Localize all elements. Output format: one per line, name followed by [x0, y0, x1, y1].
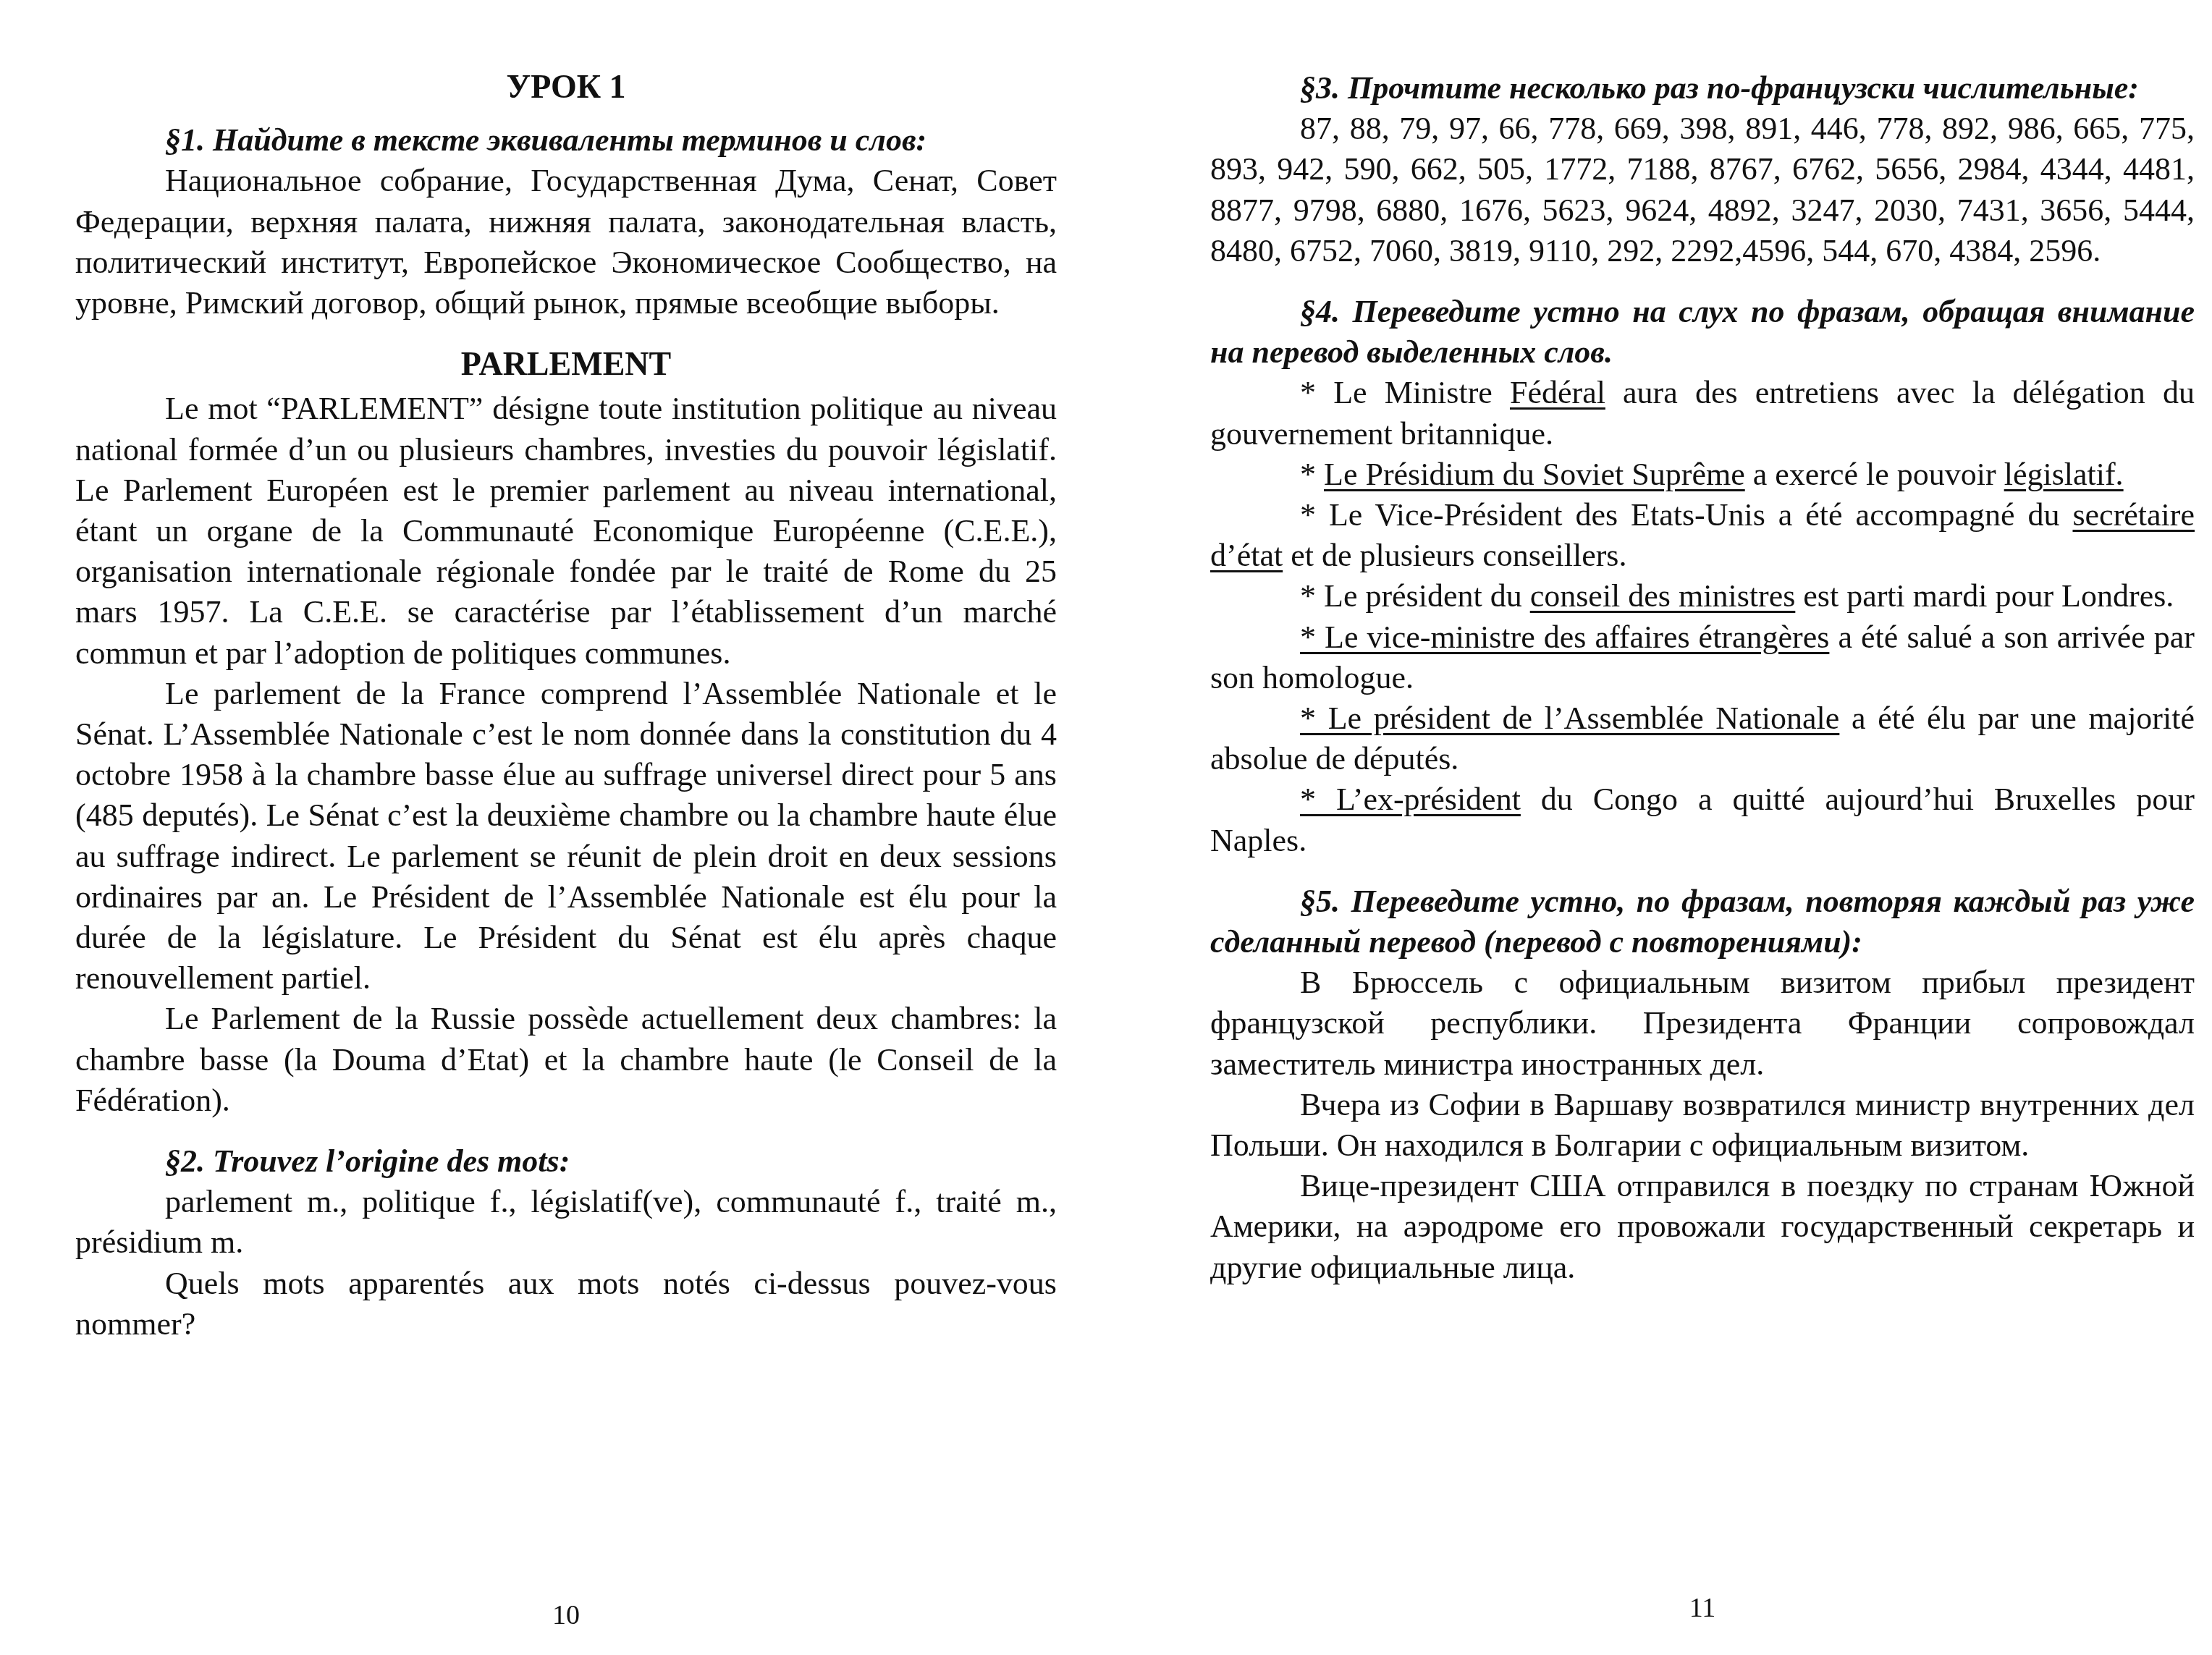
- sentence-6: * Le président de l’Assemblée Nationale …: [1210, 698, 2195, 779]
- section-2-heading: §2. Trouvez l’origine des mots:: [75, 1141, 1057, 1182]
- sentence-2: * Le Présidium du Soviet Suprême a exerc…: [1210, 454, 2195, 495]
- lesson-title: УРОК 1: [75, 67, 1057, 107]
- text-paragraph-3: Le Parlement de la Russie possède actuel…: [75, 999, 1057, 1121]
- sentence-text: * Le Vice-Président des Etats-Unis a été…: [1300, 497, 2072, 533]
- text-paragraph-1: Le mot “PARLEMENT” désigne toute institu…: [75, 389, 1057, 673]
- section-4-heading: §4. Переведите устно на слух по фразам, …: [1210, 292, 2195, 373]
- highlighted-term: * Le vice-ministre des affaires étrangèr…: [1300, 619, 1829, 655]
- page-number-right: 11: [1666, 1592, 1739, 1624]
- highlighted-term: * Le président de l’Assemblée Nationale: [1300, 700, 1839, 736]
- left-page-content: УРОК 1 §1. Найдите в тексте эквиваленты …: [75, 67, 1057, 1345]
- sentence-3: * Le Vice-Président des Etats-Unis a été…: [1210, 495, 2195, 576]
- sentence-5: * Le vice-ministre des affaires étrangèr…: [1210, 617, 2195, 698]
- sentence-text: a exercé le pouvoir: [1745, 457, 2004, 492]
- section-2-question: Quels mots apparentés aux mots notés ci-…: [75, 1264, 1057, 1345]
- section-5-paragraph-2: Вчера из Софии в Варшаву возвратился мин…: [1210, 1085, 2195, 1166]
- highlighted-term: * L’ex-président: [1300, 782, 1521, 817]
- section-5-paragraph-1: В Брюссель с официальным визитом прибыл …: [1210, 962, 2195, 1085]
- highlighted-term: Fédéral: [1510, 375, 1605, 410]
- sentence-text: *: [1300, 457, 1324, 492]
- sentence-text: est parti mardi pour Londres.: [1795, 578, 2174, 614]
- sentence-text: * Le président du: [1300, 578, 1530, 614]
- text-title: PARLEMENT: [75, 344, 1057, 384]
- right-page-content: §3. Прочтите несколько раз по-французски…: [1210, 68, 2195, 1288]
- page-number-left: 10: [530, 1599, 602, 1631]
- sentence-7: * L’ex-président du Congo a quitté aujou…: [1210, 779, 2195, 860]
- sentence-text: et de plusieurs conseillers.: [1283, 538, 1626, 573]
- section-3-heading: §3. Прочтите несколько раз по-французски…: [1210, 68, 2195, 109]
- left-page: УРОК 1 §1. Найдите в тексте эквиваленты …: [75, 0, 1057, 1655]
- text-paragraph-2: Le parlement de la France comprend l’Ass…: [75, 674, 1057, 999]
- highlighted-term: législatif.: [2004, 457, 2124, 492]
- section-1-text: Национальное собрание, Государственная Д…: [75, 161, 1057, 323]
- highlighted-term: Le Présidium du Soviet Suprême: [1324, 457, 1745, 492]
- section-1-heading: §1. Найдите в тексте эквиваленты термино…: [75, 120, 1057, 161]
- section-3-numbers: 87, 88, 79, 97, 66, 778, 669, 398, 891, …: [1210, 109, 2195, 271]
- right-page: §3. Прочтите несколько раз по-французски…: [1210, 0, 2195, 1655]
- section-2-words: parlement m., politique f., législatif(v…: [75, 1182, 1057, 1263]
- highlighted-term: conseil des ministres: [1530, 578, 1796, 614]
- sentence-4: * Le président du conseil des ministres …: [1210, 576, 2195, 617]
- section-5-heading: §5. Переведите устно, по фразам, повторя…: [1210, 881, 2195, 962]
- sentence-text: * Le Ministre: [1300, 375, 1510, 410]
- section-5-paragraph-3: Вице-президент США отправился в поездку …: [1210, 1166, 2195, 1288]
- sentence-1: * Le Ministre Fédéral aura des entretien…: [1210, 373, 2195, 454]
